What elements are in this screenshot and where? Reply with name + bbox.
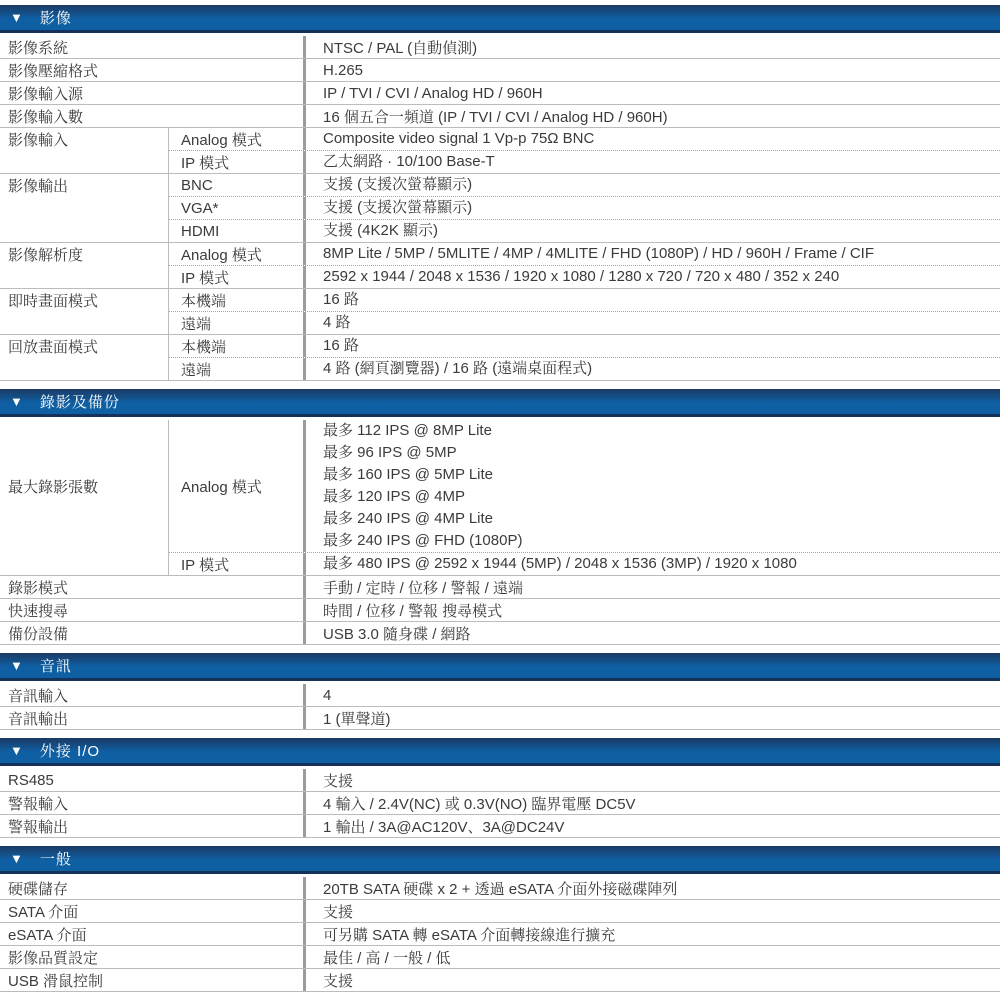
spec-subrow: VGA*支援 (支援次螢幕顯示) xyxy=(169,196,1000,219)
row-value: 手動 / 定時 / 位移 / 警報 / 遠端 xyxy=(303,576,1000,598)
row-label: 備份設備 xyxy=(0,622,303,644)
spec-subrow: IP 模式最多 480 IPS @ 2592 x 1944 (5MP) / 20… xyxy=(169,552,1000,575)
row-label-column: 影像輸出 xyxy=(0,174,169,242)
row-label: 影像輸出 xyxy=(8,174,168,196)
spec-group: 最大錄影張數Analog 模式最多 112 IPS @ 8MP Lite最多 9… xyxy=(0,420,1000,575)
row-label: 即時畫面模式 xyxy=(8,289,168,311)
sub-rows: Analog 模式8MP Lite / 5MP / 5MLITE / 4MP /… xyxy=(169,243,1000,288)
spec-group: 影像壓縮格式H.265 xyxy=(0,58,1000,81)
spec-subrow: BNC支援 (支援次螢幕顯示) xyxy=(169,174,1000,196)
row-label: 影像解析度 xyxy=(8,243,168,265)
section-header[interactable]: ▼外接 I/O xyxy=(0,738,1000,766)
value-line: 最多 240 IPS @ FHD (1080P) xyxy=(323,530,1000,552)
row-label-column: 回放畫面模式 xyxy=(0,335,169,380)
row-value: 8MP Lite / 5MP / 5MLITE / 4MP / 4MLITE /… xyxy=(303,243,1000,265)
row-label: eSATA 介面 xyxy=(0,923,303,945)
spec-row: 影像品質設定最佳 / 高 / 一般 / 低 xyxy=(0,946,1000,968)
row-value: 最多 480 IPS @ 2592 x 1944 (5MP) / 2048 x … xyxy=(303,553,1000,575)
row-value: 支援 xyxy=(303,769,1000,791)
spec-row: eSATA 介面可另購 SATA 轉 eSATA 介面轉接線進行擴充 xyxy=(0,923,1000,945)
row-label: 音訊輸入 xyxy=(0,684,303,706)
row-sublabel: Analog 模式 xyxy=(169,243,303,265)
row-label: 最大錄影張數 xyxy=(8,420,168,552)
row-sublabel: IP 模式 xyxy=(169,553,303,575)
sub-rows: Analog 模式最多 112 IPS @ 8MP Lite最多 96 IPS … xyxy=(169,420,1000,575)
spec-group: 警報輸出1 輸出 / 3A@AC120V、3A@DC24V xyxy=(0,814,1000,837)
spec-row: RS485支援 xyxy=(0,769,1000,791)
row-value: 16 路 xyxy=(303,289,1000,311)
sub-rows: BNC支援 (支援次螢幕顯示)VGA*支援 (支援次螢幕顯示)HDMI支援 (4… xyxy=(169,174,1000,242)
spec-group: 音訊輸出1 (單聲道) xyxy=(0,706,1000,729)
section-title: 音訊 xyxy=(40,655,72,676)
collapse-triangle-icon: ▼ xyxy=(10,659,23,672)
row-sublabel: 遠端 xyxy=(169,358,303,380)
row-value: 支援 xyxy=(303,900,1000,922)
sub-rows: 本機端16 路遠端4 路 xyxy=(169,289,1000,334)
row-value: USB 3.0 隨身碟 / 網路 xyxy=(303,622,1000,644)
row-value: 支援 (支援次螢幕顯示) xyxy=(303,197,1000,219)
value-line: 支援 (4K2K 顯示) xyxy=(323,220,1000,242)
row-label: 影像系統 xyxy=(0,36,303,58)
spec-group: USB 滑鼠控制支援 xyxy=(0,968,1000,991)
value-line: 支援 (支援次螢幕顯示) xyxy=(323,197,1000,219)
spec-row: 影像輸入數16 個五合一頻道 (IP / TVI / CVI / Analog … xyxy=(0,105,1000,127)
value-line: 最多 480 IPS @ 2592 x 1944 (5MP) / 2048 x … xyxy=(323,553,1000,575)
spec-subrow: 本機端16 路 xyxy=(169,289,1000,311)
row-sublabel: BNC xyxy=(169,174,303,196)
row-label: 影像輸入數 xyxy=(0,105,303,127)
row-label: 影像輸入 xyxy=(8,128,168,150)
spec-group: 影像輸入數16 個五合一頻道 (IP / TVI / CVI / Analog … xyxy=(0,104,1000,127)
section-header[interactable]: ▼錄影及備份 xyxy=(0,389,1000,417)
spec-table: 硬碟儲存20TB SATA 硬碟 x 2 + 透過 eSATA 介面外接磁碟陣列… xyxy=(0,877,1000,992)
row-value: 4 路 xyxy=(303,312,1000,334)
value-line: 16 路 xyxy=(323,289,1000,311)
spec-group: 硬碟儲存20TB SATA 硬碟 x 2 + 透過 eSATA 介面外接磁碟陣列 xyxy=(0,877,1000,899)
spec-group: 快速搜尋時間 / 位移 / 警報 搜尋模式 xyxy=(0,598,1000,621)
spec-subrow: HDMI支援 (4K2K 顯示) xyxy=(169,219,1000,242)
spec-group: SATA 介面支援 xyxy=(0,899,1000,922)
spec-row: 回放畫面模式本機端16 路遠端4 路 (網頁瀏覽器) / 16 路 (遠端桌面程… xyxy=(0,335,1000,380)
spec-row: 警報輸出1 輸出 / 3A@AC120V、3A@DC24V xyxy=(0,815,1000,837)
value-line: 乙太網路 · 10/100 Base-T xyxy=(323,151,1000,173)
sub-rows: 本機端16 路遠端4 路 (網頁瀏覽器) / 16 路 (遠端桌面程式) xyxy=(169,335,1000,380)
spec-group: 影像品質設定最佳 / 高 / 一般 / 低 xyxy=(0,945,1000,968)
spec-group: RS485支援 xyxy=(0,769,1000,791)
row-label: 快速搜尋 xyxy=(0,599,303,621)
row-value: 4 路 (網頁瀏覽器) / 16 路 (遠端桌面程式) xyxy=(303,358,1000,380)
spec-table: 影像系統NTSC / PAL (自動偵測)影像壓縮格式H.265影像輸入源IP … xyxy=(0,36,1000,381)
row-label: SATA 介面 xyxy=(0,900,303,922)
spec-group: 回放畫面模式本機端16 路遠端4 路 (網頁瀏覽器) / 16 路 (遠端桌面程… xyxy=(0,334,1000,380)
row-label: USB 滑鼠控制 xyxy=(0,969,303,991)
value-line: 最多 120 IPS @ 4MP xyxy=(323,486,1000,508)
row-value: 可另購 SATA 轉 eSATA 介面轉接線進行擴充 xyxy=(303,923,1000,945)
collapse-triangle-icon: ▼ xyxy=(10,395,23,408)
spec-table: 音訊輸入4音訊輸出1 (單聲道) xyxy=(0,684,1000,730)
spec-row: 音訊輸入4 xyxy=(0,684,1000,706)
row-sublabel: 遠端 xyxy=(169,312,303,334)
row-value: 乙太網路 · 10/100 Base-T xyxy=(303,151,1000,173)
spec-subrow: Analog 模式Composite video signal 1 Vp-p 7… xyxy=(169,128,1000,150)
spec-row: 錄影模式手動 / 定時 / 位移 / 警報 / 遠端 xyxy=(0,576,1000,598)
row-value: 16 個五合一頻道 (IP / TVI / CVI / Analog HD / … xyxy=(303,105,1000,127)
row-sublabel: 本機端 xyxy=(169,335,303,357)
section-header[interactable]: ▼音訊 xyxy=(0,653,1000,681)
row-value: NTSC / PAL (自動偵測) xyxy=(303,36,1000,58)
row-value: 最多 112 IPS @ 8MP Lite最多 96 IPS @ 5MP最多 1… xyxy=(303,420,1000,552)
spec-row: 快速搜尋時間 / 位移 / 警報 搜尋模式 xyxy=(0,599,1000,621)
value-line: 8MP Lite / 5MP / 5MLITE / 4MP / 4MLITE /… xyxy=(323,243,1000,265)
section-title: 外接 I/O xyxy=(40,740,100,761)
row-value: H.265 xyxy=(303,59,1000,81)
value-line: 2592 x 1944 / 2048 x 1536 / 1920 x 1080 … xyxy=(323,266,1000,288)
row-sublabel: Analog 模式 xyxy=(169,128,303,150)
spec-subrow: Analog 模式最多 112 IPS @ 8MP Lite最多 96 IPS … xyxy=(169,420,1000,552)
spec-table: 最大錄影張數Analog 模式最多 112 IPS @ 8MP Lite最多 9… xyxy=(0,420,1000,645)
value-line: 支援 (支援次螢幕顯示) xyxy=(323,174,1000,196)
row-label: 警報輸出 xyxy=(0,815,303,837)
row-sublabel: VGA* xyxy=(169,197,303,219)
spec-row: 硬碟儲存20TB SATA 硬碟 x 2 + 透過 eSATA 介面外接磁碟陣列 xyxy=(0,877,1000,899)
value-line: 最多 112 IPS @ 8MP Lite xyxy=(323,420,1000,442)
section-header[interactable]: ▼影像 xyxy=(0,5,1000,33)
row-value: 2592 x 1944 / 2048 x 1536 / 1920 x 1080 … xyxy=(303,266,1000,288)
row-value: 支援 (4K2K 顯示) xyxy=(303,220,1000,242)
row-value: 4 輸入 / 2.4V(NC) 或 0.3V(NO) 臨界電壓 DC5V xyxy=(303,792,1000,814)
spec-row: 音訊輸出1 (單聲道) xyxy=(0,707,1000,729)
row-label-column: 影像輸入 xyxy=(0,128,169,173)
row-sublabel: Analog 模式 xyxy=(169,420,303,552)
row-value: 16 路 xyxy=(303,335,1000,357)
spec-row: 影像壓縮格式H.265 xyxy=(0,59,1000,81)
spec-row: 警報輸入4 輸入 / 2.4V(NC) 或 0.3V(NO) 臨界電壓 DC5V xyxy=(0,792,1000,814)
spec-group: 錄影模式手動 / 定時 / 位移 / 警報 / 遠端 xyxy=(0,575,1000,598)
row-value: 最佳 / 高 / 一般 / 低 xyxy=(303,946,1000,968)
spec-group: 影像輸入源IP / TVI / CVI / Analog HD / 960H xyxy=(0,81,1000,104)
row-label-column: 影像解析度 xyxy=(0,243,169,288)
row-label: 警報輸入 xyxy=(0,792,303,814)
section-title: 錄影及備份 xyxy=(40,391,120,412)
section-title: 影像 xyxy=(40,7,72,28)
spec-row: 影像系統NTSC / PAL (自動偵測) xyxy=(0,36,1000,58)
spec-subrow: 本機端16 路 xyxy=(169,335,1000,357)
row-label-column: 即時畫面模式 xyxy=(0,289,169,334)
spec-row: 影像輸入源IP / TVI / CVI / Analog HD / 960H xyxy=(0,82,1000,104)
section-header[interactable]: ▼一般 xyxy=(0,846,1000,874)
row-value: 支援 (支援次螢幕顯示) xyxy=(303,174,1000,196)
spec-row: 備份設備USB 3.0 隨身碟 / 網路 xyxy=(0,622,1000,644)
spec-group: 影像輸入Analog 模式Composite video signal 1 Vp… xyxy=(0,127,1000,173)
spec-group: eSATA 介面可另購 SATA 轉 eSATA 介面轉接線進行擴充 xyxy=(0,922,1000,945)
spec-group: 警報輸入4 輸入 / 2.4V(NC) 或 0.3V(NO) 臨界電壓 DC5V xyxy=(0,791,1000,814)
value-line: 4 路 (網頁瀏覽器) / 16 路 (遠端桌面程式) xyxy=(323,358,1000,380)
value-line: 最多 96 IPS @ 5MP xyxy=(323,442,1000,464)
row-sublabel: IP 模式 xyxy=(169,266,303,288)
spec-row: SATA 介面支援 xyxy=(0,900,1000,922)
row-label: 影像輸入源 xyxy=(0,82,303,104)
row-label: 影像品質設定 xyxy=(0,946,303,968)
collapse-triangle-icon: ▼ xyxy=(10,11,23,24)
spec-group: 影像解析度Analog 模式8MP Lite / 5MP / 5MLITE / … xyxy=(0,242,1000,288)
value-line: 最多 160 IPS @ 5MP Lite xyxy=(323,464,1000,486)
spec-row: USB 滑鼠控制支援 xyxy=(0,969,1000,991)
row-label: 影像壓縮格式 xyxy=(0,59,303,81)
row-sublabel: HDMI xyxy=(169,220,303,242)
row-value: 20TB SATA 硬碟 x 2 + 透過 eSATA 介面外接磁碟陣列 xyxy=(303,877,1000,899)
spec-group: 備份設備USB 3.0 隨身碟 / 網路 xyxy=(0,621,1000,644)
section-title: 一般 xyxy=(40,848,72,869)
row-value: 支援 xyxy=(303,969,1000,991)
row-label: 回放畫面模式 xyxy=(8,335,168,357)
spec-sheet: ▼影像影像系統NTSC / PAL (自動偵測)影像壓縮格式H.265影像輸入源… xyxy=(0,5,1000,992)
spec-row: 最大錄影張數Analog 模式最多 112 IPS @ 8MP Lite最多 9… xyxy=(0,420,1000,575)
row-label: 音訊輸出 xyxy=(0,707,303,729)
spec-row: 影像解析度Analog 模式8MP Lite / 5MP / 5MLITE / … xyxy=(0,243,1000,288)
row-value: 1 輸出 / 3A@AC120V、3A@DC24V xyxy=(303,815,1000,837)
row-value: 4 xyxy=(303,684,1000,706)
spec-group: 即時畫面模式本機端16 路遠端4 路 xyxy=(0,288,1000,334)
spec-group: 影像系統NTSC / PAL (自動偵測) xyxy=(0,36,1000,58)
spec-subrow: Analog 模式8MP Lite / 5MP / 5MLITE / 4MP /… xyxy=(169,243,1000,265)
spec-row: 影像輸出BNC支援 (支援次螢幕顯示)VGA*支援 (支援次螢幕顯示)HDMI支… xyxy=(0,174,1000,242)
spec-group: 音訊輸入4 xyxy=(0,684,1000,706)
collapse-triangle-icon: ▼ xyxy=(10,852,23,865)
spec-table: RS485支援警報輸入4 輸入 / 2.4V(NC) 或 0.3V(NO) 臨界… xyxy=(0,769,1000,838)
row-value: 1 (單聲道) xyxy=(303,707,1000,729)
row-sublabel: 本機端 xyxy=(169,289,303,311)
row-value: IP / TVI / CVI / Analog HD / 960H xyxy=(303,82,1000,104)
row-label: 硬碟儲存 xyxy=(0,877,303,899)
sub-rows: Analog 模式Composite video signal 1 Vp-p 7… xyxy=(169,128,1000,173)
value-line: 16 路 xyxy=(323,335,1000,357)
spec-subrow: 遠端4 路 xyxy=(169,311,1000,334)
spec-subrow: 遠端4 路 (網頁瀏覽器) / 16 路 (遠端桌面程式) xyxy=(169,357,1000,380)
row-value: 時間 / 位移 / 警報 搜尋模式 xyxy=(303,599,1000,621)
row-label: RS485 xyxy=(0,769,303,791)
collapse-triangle-icon: ▼ xyxy=(10,744,23,757)
spec-subrow: IP 模式乙太網路 · 10/100 Base-T xyxy=(169,150,1000,173)
spec-group: 影像輸出BNC支援 (支援次螢幕顯示)VGA*支援 (支援次螢幕顯示)HDMI支… xyxy=(0,173,1000,242)
spec-subrow: IP 模式2592 x 1944 / 2048 x 1536 / 1920 x … xyxy=(169,265,1000,288)
value-line: 最多 240 IPS @ 4MP Lite xyxy=(323,508,1000,530)
value-line: Composite video signal 1 Vp-p 75Ω BNC xyxy=(323,128,1000,150)
row-label: 錄影模式 xyxy=(0,576,303,598)
spec-row: 即時畫面模式本機端16 路遠端4 路 xyxy=(0,289,1000,334)
spec-row: 影像輸入Analog 模式Composite video signal 1 Vp… xyxy=(0,128,1000,173)
row-label-column: 最大錄影張數 xyxy=(0,420,169,575)
row-value: Composite video signal 1 Vp-p 75Ω BNC xyxy=(303,128,1000,150)
value-line: 4 路 xyxy=(323,312,1000,334)
row-sublabel: IP 模式 xyxy=(169,151,303,173)
